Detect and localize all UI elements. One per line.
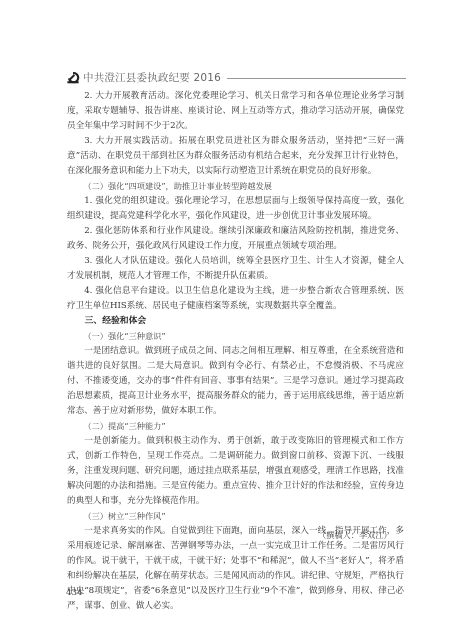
paragraph: 2. 强化惩防体系和行业作风建设。继续引深廉政和廉洁风险防控机制，推进党务、政务…: [67, 224, 404, 254]
subheading: （三）树立“三种作风”: [67, 509, 404, 524]
subheading: （二）强化“四项建设”，助推卫计事业转型跨越发展: [67, 179, 404, 194]
paragraph: 一是团结意识。做到班子成员之间、同志之间相互理解、相互尊重，在全系统营造和谐共进…: [67, 344, 404, 419]
party-emblem-icon: [66, 70, 80, 84]
subheading: （二）提高“三种能力”: [67, 419, 404, 434]
header-title: 中共澄江县委执政纪要 2016: [83, 70, 221, 85]
paragraph: 3. 强化人才队伍建设。强化人员培训，统筹全县医疗卫生、计生人才资源，健全人才发…: [67, 254, 404, 284]
author-signature: （撰稿人：李双江）: [318, 530, 392, 541]
paragraph: 2. 大力开展教育活动。深化党委理论学习、机关日常学习和各单位理论业务学习制度，…: [67, 89, 404, 134]
paragraph: 一是创新能力。做到积极主动作为、勇于创新，敢于改变陈旧的管理模式和工作方式，创新…: [67, 434, 404, 509]
paragraph: 3. 大力开展实践活动。拓展在职党员进社区为群众服务活动，坚持把“三好一满意”活…: [67, 134, 404, 179]
header-rule: [227, 78, 406, 79]
paragraph: 1. 强化党的组织建设。强化理论学习，在思想层面与上级领导保持高度一致，强化组织…: [67, 194, 404, 224]
running-header: 中共澄江县委执政纪要 2016: [66, 69, 406, 85]
paragraph: 4. 强化信息平台建设。以卫生信息化建设为主线，进一步整合新农合管理系统、医疗卫…: [67, 284, 404, 314]
page-number: 434: [66, 588, 82, 598]
section-heading: 三、经验和体会: [67, 314, 404, 329]
subheading: （一）强化“三种意识”: [67, 329, 404, 344]
